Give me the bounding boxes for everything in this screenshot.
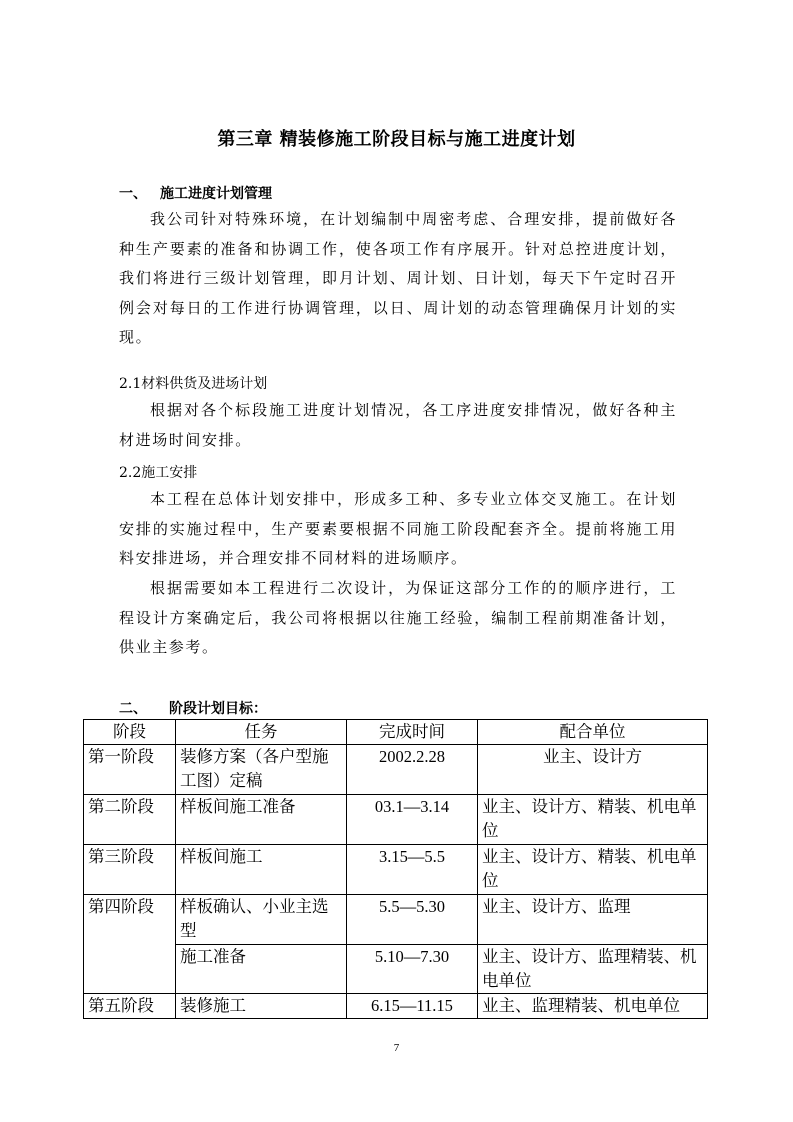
header-task: 任务 — [176, 720, 347, 745]
cell-time: 2002.2.28 — [347, 745, 478, 795]
section-number: 二、 — [119, 698, 169, 718]
cell-stage: 第五阶段 — [84, 994, 176, 1019]
paragraph-construction-arrangement: 本工程在总体计划安排中，形成多工种、多专业立体交叉施工。在计划安排的实施过程中，… — [119, 485, 677, 574]
table-row: 第五阶段 装修施工 6.15—11.15 业主、监理精装、机电单位 — [84, 994, 708, 1019]
header-units: 配合单位 — [478, 720, 708, 745]
section-heading-1: 一、施工进度计划管理 — [119, 183, 272, 203]
table-row: 第一阶段 装修方案（各户型施工图）定稿 2002.2.28 业主、设计方 — [84, 745, 708, 795]
table-row: 第三阶段 样板间施工 3.15—5.5 业主、设计方、精装、机电单位 — [84, 845, 708, 895]
cell-units: 业主、设计方、监理 — [478, 895, 708, 945]
chapter-title: 第三章 精装修施工阶段目标与施工进度计划 — [0, 125, 793, 151]
cell-task: 样板间施工准备 — [176, 795, 347, 845]
cell-task: 样板确认、小业主选型 — [176, 895, 347, 945]
cell-time: 5.5—5.30 — [347, 895, 478, 945]
stage-plan-table: 阶段 任务 完成时间 配合单位 第一阶段 装修方案（各户型施工图）定稿 2002… — [83, 719, 708, 1019]
cell-stage: 第二阶段 — [84, 795, 176, 845]
subheading-2-1: 2.1材料供货及进场计划 — [119, 373, 267, 393]
cell-units: 业主、设计方、精装、机电单位 — [478, 795, 708, 845]
cell-task: 装修方案（各户型施工图）定稿 — [176, 745, 347, 795]
table-row: 第二阶段 样板间施工准备 03.1—3.14 业主、设计方、精装、机电单位 — [84, 795, 708, 845]
paragraph-schedule-management: 我公司针对特殊环境，在计划编制中周密考虑、合理安排，提前做好各种生产要素的准备和… — [119, 205, 677, 353]
cell-task: 装修施工 — [176, 994, 347, 1019]
table-row: 施工准备 5.10—7.30 业主、设计方、监理精装、机电单位 — [84, 945, 708, 994]
cell-time: 5.10—7.30 — [347, 945, 478, 994]
paragraph-material-supply: 根据对各个标段施工进度计划情况，各工序进度安排情况，做好各种主材进场时间安排。 — [119, 396, 677, 455]
table-row: 第四阶段 样板确认、小业主选型 5.5—5.30 业主、设计方、监理 — [84, 895, 708, 945]
cell-task: 样板间施工 — [176, 845, 347, 895]
cell-time: 6.15—11.15 — [347, 994, 478, 1019]
cell-units: 业主、监理精装、机电单位 — [478, 994, 708, 1019]
section-number: 一、 — [119, 183, 160, 203]
cell-stage: 第三阶段 — [84, 845, 176, 895]
header-time: 完成时间 — [347, 720, 478, 745]
subheading-2-2: 2.2施工安排 — [119, 462, 197, 482]
section-title: 阶段计划目标： — [169, 701, 267, 717]
cell-stage: 第四阶段 — [84, 895, 176, 994]
table-header-row: 阶段 任务 完成时间 配合单位 — [84, 720, 708, 745]
cell-task: 施工准备 — [176, 945, 347, 994]
header-stage: 阶段 — [84, 720, 176, 745]
cell-units: 业主、设计方、监理精装、机电单位 — [478, 945, 708, 994]
paragraph-secondary-design: 根据需要如本工程进行二次设计，为保证这部分工作的的顺序进行，工程设计方案确定后，… — [119, 574, 677, 663]
cell-stage: 第一阶段 — [84, 745, 176, 795]
cell-time: 03.1—3.14 — [347, 795, 478, 845]
section-title: 施工进度计划管理 — [160, 186, 272, 202]
cell-time: 3.15—5.5 — [347, 845, 478, 895]
cell-units: 业主、设计方、精装、机电单位 — [478, 845, 708, 895]
section-heading-2: 二、阶段计划目标： — [119, 698, 267, 718]
page-number: 7 — [0, 1042, 793, 1054]
cell-units: 业主、设计方 — [478, 745, 708, 795]
